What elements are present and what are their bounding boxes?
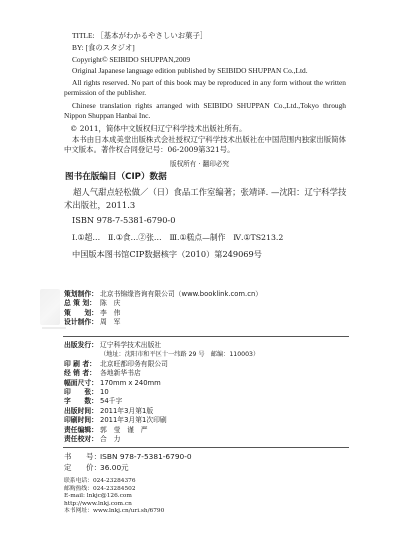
contact-phone: 联系电话：024-23284376 [64, 478, 164, 486]
copyright-line: Copyright© SEIBIDO SHUPPAN,2009 [72, 55, 190, 65]
info-row: 责任编辑：郭 莹 谨 严 [64, 426, 259, 435]
title-line: TITLE: ［基本がわかるやさしいお菓子］ [72, 31, 207, 41]
rights-reserved-text: All rights reserved. No part of this boo… [64, 78, 346, 98]
credit-row: 设计制作：周 军 [64, 318, 262, 327]
info-row: 印刷时间：2011年3月第1次印刷 [64, 416, 259, 425]
cn-copyright-line: © 2011，简体中文版权归辽宁科学技术出版社所有。 [70, 124, 246, 134]
info-row: 出版时间：2011年3月第1版 [64, 407, 259, 416]
all-rights-reserved: 版权所有 · 翻印必究 [170, 159, 229, 169]
credit-row: 策划制作：北京书锦缘咨询有限公司（www.booklink.com.cn） [64, 290, 262, 299]
book-info: 书 号：ISBN 978-7-5381-6790-0 定 价：36.00元 [64, 452, 192, 473]
info-row: 幅面尺寸：170mm x 240mm [64, 379, 259, 388]
isbn-row: 书 号：ISBN 978-7-5381-6790-0 [64, 452, 192, 463]
info-row: 经 销 者：各地新华书店 [64, 369, 259, 378]
cip-number: 中国版本图书馆CIP数据核字（2010）第249069号 [72, 249, 262, 260]
original-edition-line: Original Japanese language edition publi… [72, 66, 308, 76]
publisher-row: 出版发行：辽宁科学技术出版社 [64, 341, 259, 350]
author-line: BY: [食のスタジオ] [72, 43, 135, 53]
cip-heading: 图书在版编目（CIP）数据 [65, 172, 167, 183]
divider-bottom [63, 447, 349, 448]
info-row: 责任校对：合 力 [64, 435, 259, 444]
cip-entry: 超人气甜点轻松做／（日）食品工作室编著；张靖译. —沈阳：辽宁科学技术出版社，2… [64, 186, 348, 211]
publishing-info: 出版发行：辽宁科学技术出版社 （地址：沈阳市和平区十一纬路 29 号 邮编：11… [64, 341, 259, 444]
contact-book-url[interactable]: 本书网址：www.lnkj.cn/uri.sh/6790 [64, 508, 164, 516]
info-row: 字 数：54千字 [64, 397, 259, 406]
price-row: 定 价：36.00元 [64, 463, 192, 474]
cip-isbn: ISBN 978-7-5381-6790-0 [72, 215, 175, 226]
contact-info: 联系电话：024-23284376 邮购热线：024-23284502 E-ma… [64, 478, 164, 516]
divider-top [63, 336, 349, 337]
planning-credits: 策划制作：北京书锦缘咨询有限公司（www.booklink.com.cn） 总 … [64, 290, 262, 328]
cip-classification: Ⅰ.①超… Ⅱ.①食…②张… Ⅲ.①糕点—制作 Ⅳ.①TS213.2 [72, 232, 283, 243]
credit-row: 策 划：李 伟 [64, 309, 262, 318]
credit-row: 总 策 划：陈 庆 [64, 299, 262, 308]
translation-rights-text: Chinese translation rights arranged with… [64, 101, 346, 121]
cn-license-text: 本书由日本成美堂出版株式会社授权辽宁科学技术出版社在中国范围内独家出版简体中文版… [64, 135, 346, 155]
publisher-address: （地址：沈阳市和平区十一纬路 29 号 邮编：110003） [64, 350, 259, 359]
contact-email[interactable]: E-mail: lnkjc@126.com [64, 493, 164, 501]
info-row: 印 刷 者：北京旺都印务有限公司 [64, 360, 259, 369]
publisher-watermark-logo [40, 289, 60, 325]
